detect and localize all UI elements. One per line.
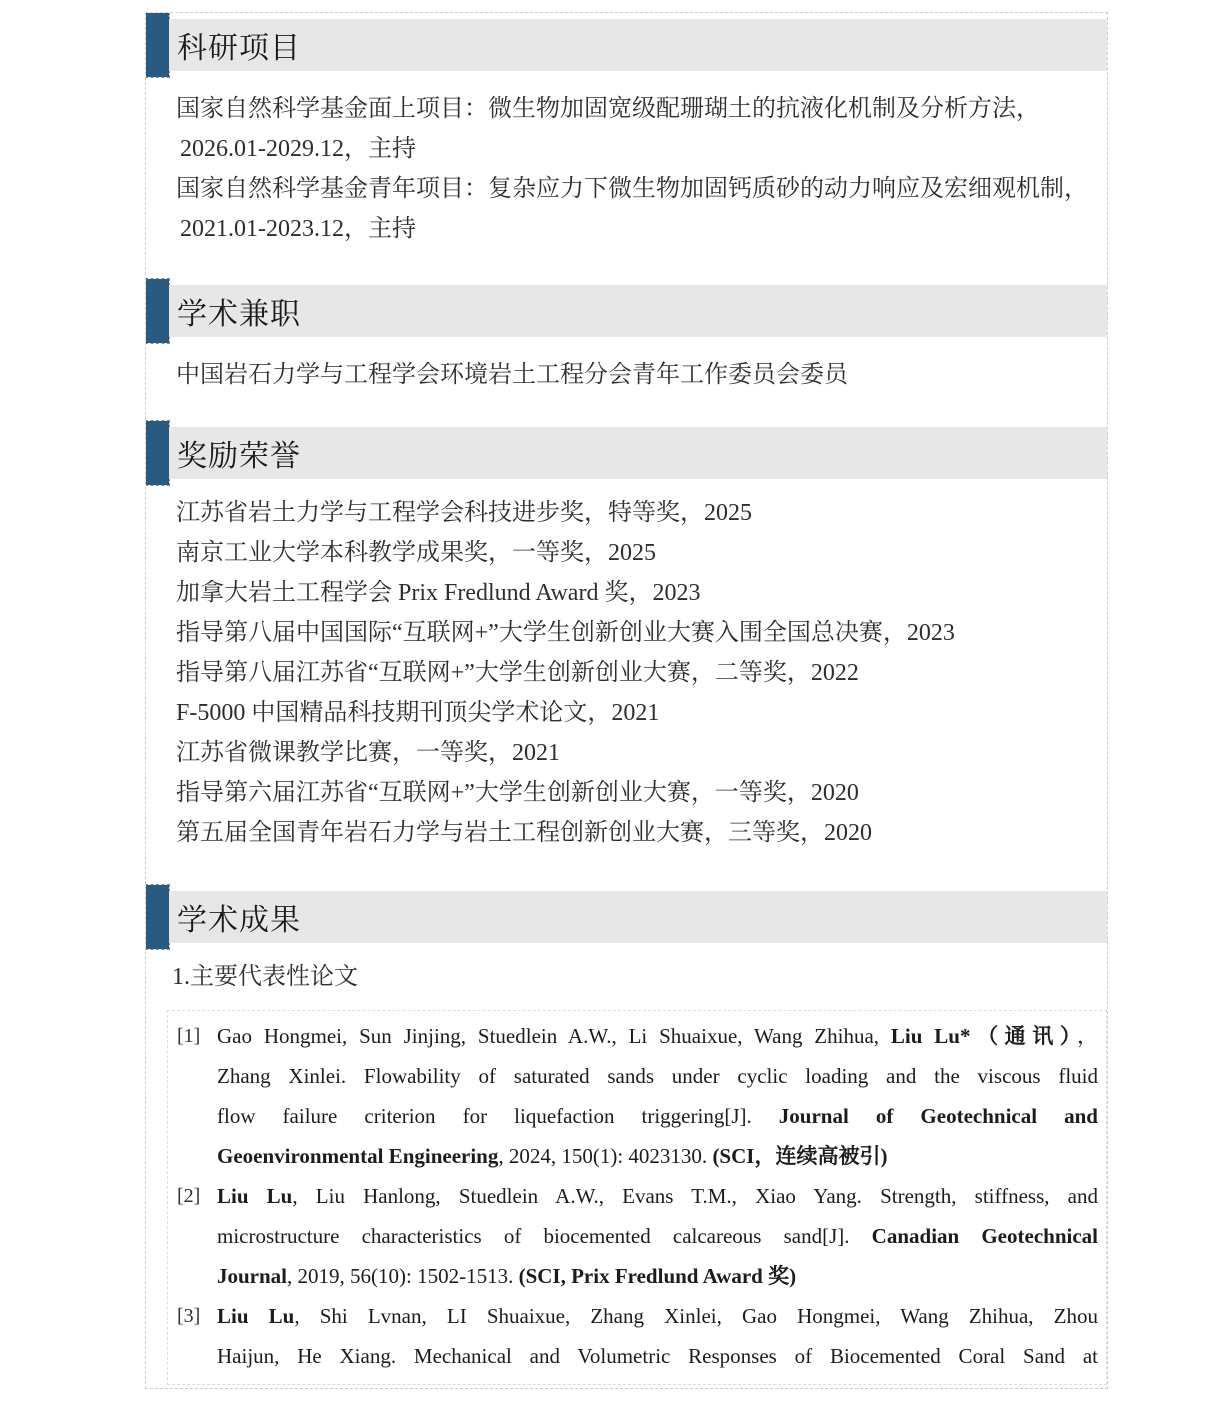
research-project-list: 国家自然科学基金面上项目：微生物加固宽级配珊瑚土的抗液化机制及分析方法，2026… — [146, 89, 1107, 249]
publication-text: flow failure criterion for liquefaction … — [217, 1104, 779, 1128]
publication-line: Liu Lu, Liu Hanlong, Stuedlein A.W., Eva… — [217, 1176, 1098, 1216]
publication-text: microstructure characteristics of biocem… — [217, 1224, 872, 1248]
project-date-line: 2021.01-2023.12，主持 — [146, 209, 1107, 249]
service-list: 中国岩石力学与工程学会环境岩土工程分会青年工作委员会委员 — [146, 355, 1107, 395]
publication-line: Liu Lu, Shi Lvnan, LI Shuaixue, Zhang Xi… — [217, 1296, 1098, 1336]
publication-line: flow failure criterion for liquefaction … — [217, 1096, 1098, 1136]
header-bar: 学术兼职 — [169, 285, 1107, 337]
publication-text: , Shi Lvnan, LI Shuaixue, Zhang Xinlei, … — [294, 1304, 1098, 1328]
award-item: 江苏省微课教学比赛，一等奖，2021 — [146, 733, 1107, 773]
publication-bold-text: (SCI，连续高被引) — [712, 1144, 887, 1168]
publication-text: , 2019, 56(10): 1502-1513. — [287, 1264, 519, 1288]
cv-page: { "accent_color": "#2b5a80", "header_bg_… — [0, 0, 1222, 1401]
section-title-achievements: 学术成果 — [169, 895, 301, 939]
publication-bold-text: Geoenvironmental Engineering — [217, 1144, 498, 1168]
publication-text: Haijun, He Xiang. Mechanical and Volumet… — [217, 1344, 1098, 1368]
header-bar: 学术成果 — [169, 891, 1107, 943]
header-bar: 奖励荣誉 — [169, 427, 1107, 479]
section-header-achievements: 学术成果 — [146, 885, 1107, 949]
publication-number: [3] — [177, 1296, 200, 1336]
publication-line: Haijun, He Xiang. Mechanical and Volumet… — [217, 1336, 1098, 1376]
publication-bold-text: Liu Lu — [217, 1184, 292, 1208]
accent-bar — [146, 885, 169, 949]
project-title-line: 国家自然科学基金面上项目：微生物加固宽级配珊瑚土的抗液化机制及分析方法， — [146, 89, 1107, 129]
section-header-service: 学术兼职 — [146, 279, 1107, 343]
project-title-line: 国家自然科学基金青年项目：复杂应力下微生物加固钙质砂的动力响应及宏细观机制， — [146, 169, 1107, 209]
award-item: 指导第八届中国国际“互联网+”大学生创新创业大赛入围全国总决赛，2023 — [146, 613, 1107, 653]
section-title-research: 科研项目 — [169, 23, 301, 67]
section-title-awards: 奖励荣誉 — [169, 431, 301, 475]
publication-text: ， — [1077, 1024, 1098, 1048]
publication-line: Geoenvironmental Engineering, 2024, 150(… — [217, 1136, 1098, 1176]
publication-bold-text: Liu Lu — [217, 1304, 294, 1328]
publication: [2]Liu Lu, Liu Hanlong, Stuedlein A.W., … — [177, 1176, 1098, 1296]
award-item: 指导第六届江苏省“互联网+”大学生创新创业大赛，一等奖，2020 — [146, 773, 1107, 813]
publication-bold-text: (SCI, Prix Fredlund Award 奖) — [519, 1264, 797, 1288]
publication-bold-text: Journal — [217, 1264, 287, 1288]
award-item: 加拿大岩土工程学会 Prix Fredlund Award 奖，2023 — [146, 573, 1107, 613]
publication-text: Gao Hongmei, Sun Jinjing, Stuedlein A.W.… — [217, 1024, 891, 1048]
header-bar: 科研项目 — [169, 19, 1107, 71]
publication-line: microstructure characteristics of biocem… — [217, 1216, 1098, 1256]
accent-bar — [146, 13, 169, 77]
publication: [1]Gao Hongmei, Sun Jinjing, Stuedlein A… — [177, 1016, 1098, 1176]
accent-bar — [146, 421, 169, 485]
award-item: F-5000 中国精品科技期刊顶尖学术论文，2021 — [146, 693, 1107, 733]
award-item: 第五届全国青年岩石力学与岩土工程创新创业大赛，三等奖，2020 — [146, 813, 1107, 853]
section-header-research: 科研项目 — [146, 13, 1107, 77]
publications-subtitle: 1.主要代表性论文 — [146, 957, 1107, 997]
publication-bold-text: Journal of Geotechnical and — [779, 1104, 1098, 1128]
publication-list: [1]Gao Hongmei, Sun Jinjing, Stuedlein A… — [167, 1010, 1107, 1385]
award-item: 江苏省岩土力学与工程学会科技进步奖，特等奖，2025 — [146, 493, 1107, 533]
publication-bold-text: Liu Lu*（通讯） — [891, 1024, 1077, 1048]
publication-text: Zhang Xinlei. Flowability of saturated s… — [217, 1064, 1098, 1088]
publication-number: [1] — [177, 1016, 200, 1056]
publication-text: , Liu Hanlong, Stuedlein A.W., Evans T.M… — [292, 1184, 1098, 1208]
publication-text: , 2024, 150(1): 4023130. — [498, 1144, 712, 1168]
publication-bold-text: Canadian Geotechnical — [872, 1224, 1098, 1248]
publication: [3]Liu Lu, Shi Lvnan, LI Shuaixue, Zhang… — [177, 1296, 1098, 1376]
award-list: 江苏省岩土力学与工程学会科技进步奖，特等奖，2025南京工业大学本科教学成果奖，… — [146, 493, 1107, 853]
publication-line: Journal, 2019, 56(10): 1502-1513. (SCI, … — [217, 1256, 1098, 1296]
publication-number: [2] — [177, 1176, 200, 1216]
section-title-service: 学术兼职 — [169, 289, 301, 333]
accent-bar — [146, 279, 169, 343]
publication-line: Gao Hongmei, Sun Jinjing, Stuedlein A.W.… — [217, 1016, 1098, 1056]
project-date-line: 2026.01-2029.12，主持 — [146, 129, 1107, 169]
service-item: 中国岩石力学与工程学会环境岩土工程分会青年工作委员会委员 — [146, 355, 1107, 395]
award-item: 指导第八届江苏省“互联网+”大学生创新创业大赛，二等奖，2022 — [146, 653, 1107, 693]
text-frame: 科研项目 国家自然科学基金面上项目：微生物加固宽级配珊瑚土的抗液化机制及分析方法… — [145, 12, 1108, 1389]
publication-line: Zhang Xinlei. Flowability of saturated s… — [217, 1056, 1098, 1096]
award-item: 南京工业大学本科教学成果奖，一等奖，2025 — [146, 533, 1107, 573]
section-header-awards: 奖励荣誉 — [146, 421, 1107, 485]
